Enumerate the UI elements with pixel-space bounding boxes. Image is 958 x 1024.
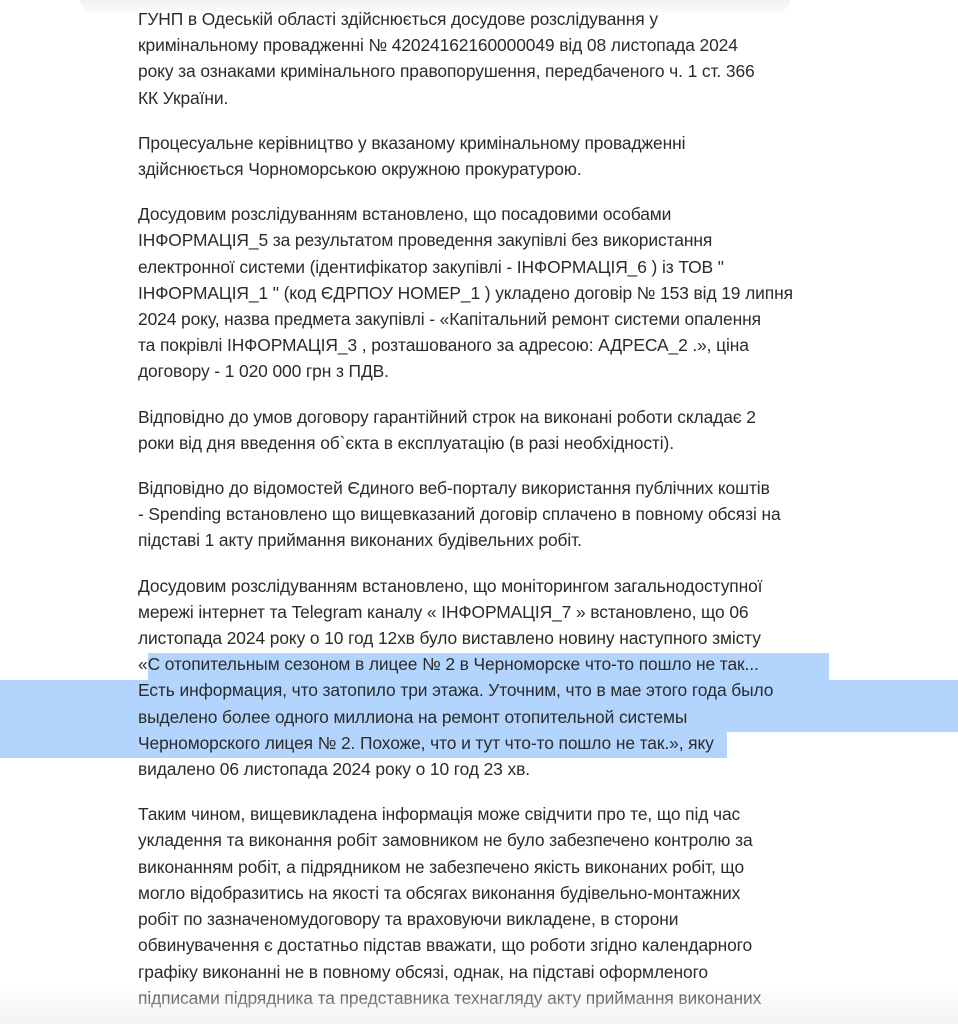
text-line: підписами підрядника та представника тех… — [138, 985, 838, 1011]
quoted-line-1: «С отопительным сезоном в лицее № 2 в Че… — [138, 651, 838, 677]
selected-text[interactable]: С отопительным сезоном в лицее № 2 в Чер… — [148, 654, 759, 674]
text-line: укладення та виконання робіт замовником … — [138, 827, 838, 853]
text-line: виконанням робіт, а підрядником не забез… — [138, 854, 838, 880]
text-line: договору - 1 020 000 грн з ПДВ. — [138, 358, 838, 384]
paragraph-1: ГУНП в Одеській області здійснюється дос… — [138, 6, 838, 111]
document-body[interactable]: ГУНП в Одеській області здійснюється дос… — [138, 6, 838, 1024]
text-line: електронної системи (ідентифікатор закуп… — [138, 254, 838, 280]
paragraph-5: Відповідно до відомостей Єдиного веб-пор… — [138, 475, 838, 554]
text-line: Процесуальне керівництво у вказаному кри… — [138, 130, 838, 156]
text-line: та покрівлі ІНФОРМАЦІЯ_3 , розташованого… — [138, 332, 838, 358]
text-line: робіт по зазначеномудоговору та враховую… — [138, 906, 838, 932]
text-line: - Spending встановлено що вищевказаний д… — [138, 501, 838, 527]
selected-text[interactable]: выделено более одного миллиона на ремонт… — [138, 704, 838, 730]
text-line: підставі 1 акту приймання виконаних буді… — [138, 527, 838, 553]
text-line: Досудовим розслідуванням встановлено, що… — [138, 201, 838, 227]
text-line: ГУНП в Одеській області здійснюється дос… — [138, 6, 838, 32]
text-line: роки від дня введення об`єкта в експлуат… — [138, 430, 838, 456]
paragraph-6: Досудовим розслідуванням встановлено, що… — [138, 573, 838, 783]
text-line: листопада 2024 року о 10 год 12хв було в… — [138, 625, 838, 651]
text-after-selection: », яку — [669, 733, 714, 753]
text-line: обвинувачення є достатньо підстав вважат… — [138, 932, 838, 958]
paragraph-4: Відповідно до умов договору гарантійний … — [138, 404, 838, 456]
text-line: ІНФОРМАЦІЯ_5 за результатом проведення з… — [138, 227, 838, 253]
paragraph-3: Досудовим розслідуванням встановлено, що… — [138, 201, 838, 384]
text-line: КК України. — [138, 85, 838, 111]
text-line: мережі інтернет та Telegram каналу « ІНФ… — [138, 599, 838, 625]
text-line: графіку виконанні не в повному обсязі, о… — [138, 959, 838, 985]
text-line: Досудовим розслідуванням встановлено, що… — [138, 573, 838, 599]
text-line: року за ознаками кримінального правопору… — [138, 58, 838, 84]
text-line: видалено 06 листопада 2024 року о 10 год… — [138, 756, 838, 782]
quoted-line-4: Черноморского лицея № 2. Похоже, что и т… — [138, 730, 838, 756]
text-line: Таким чином, вищевикладена інформація мо… — [138, 801, 838, 827]
paragraph-7: Таким чином, вищевикладена інформація мо… — [138, 801, 838, 1011]
text-line: Відповідно до відомостей Єдиного веб-пор… — [138, 475, 838, 501]
paragraph-2: Процесуальне керівництво у вказаному кри… — [138, 130, 838, 182]
text-line: Відповідно до умов договору гарантійний … — [138, 404, 838, 430]
text-line: кримінальному провадженні № 420241621600… — [138, 32, 838, 58]
text-line: здійснюється Чорноморською окружною прок… — [138, 156, 838, 182]
text-line: могло відобразитись на якості та обсягах… — [138, 880, 838, 906]
selected-text[interactable]: Есть информация, что затопило три этажа.… — [138, 677, 838, 703]
selected-text[interactable]: Черноморского лицея № 2. Похоже, что и т… — [138, 733, 669, 753]
quote-mark: « — [138, 654, 148, 674]
text-line: 2024 року, назва предмета закупівлі - «К… — [138, 306, 838, 332]
text-line: ІНФОРМАЦІЯ_1 " (код ЄДРПОУ НОМЕР_1 ) укл… — [138, 280, 838, 306]
